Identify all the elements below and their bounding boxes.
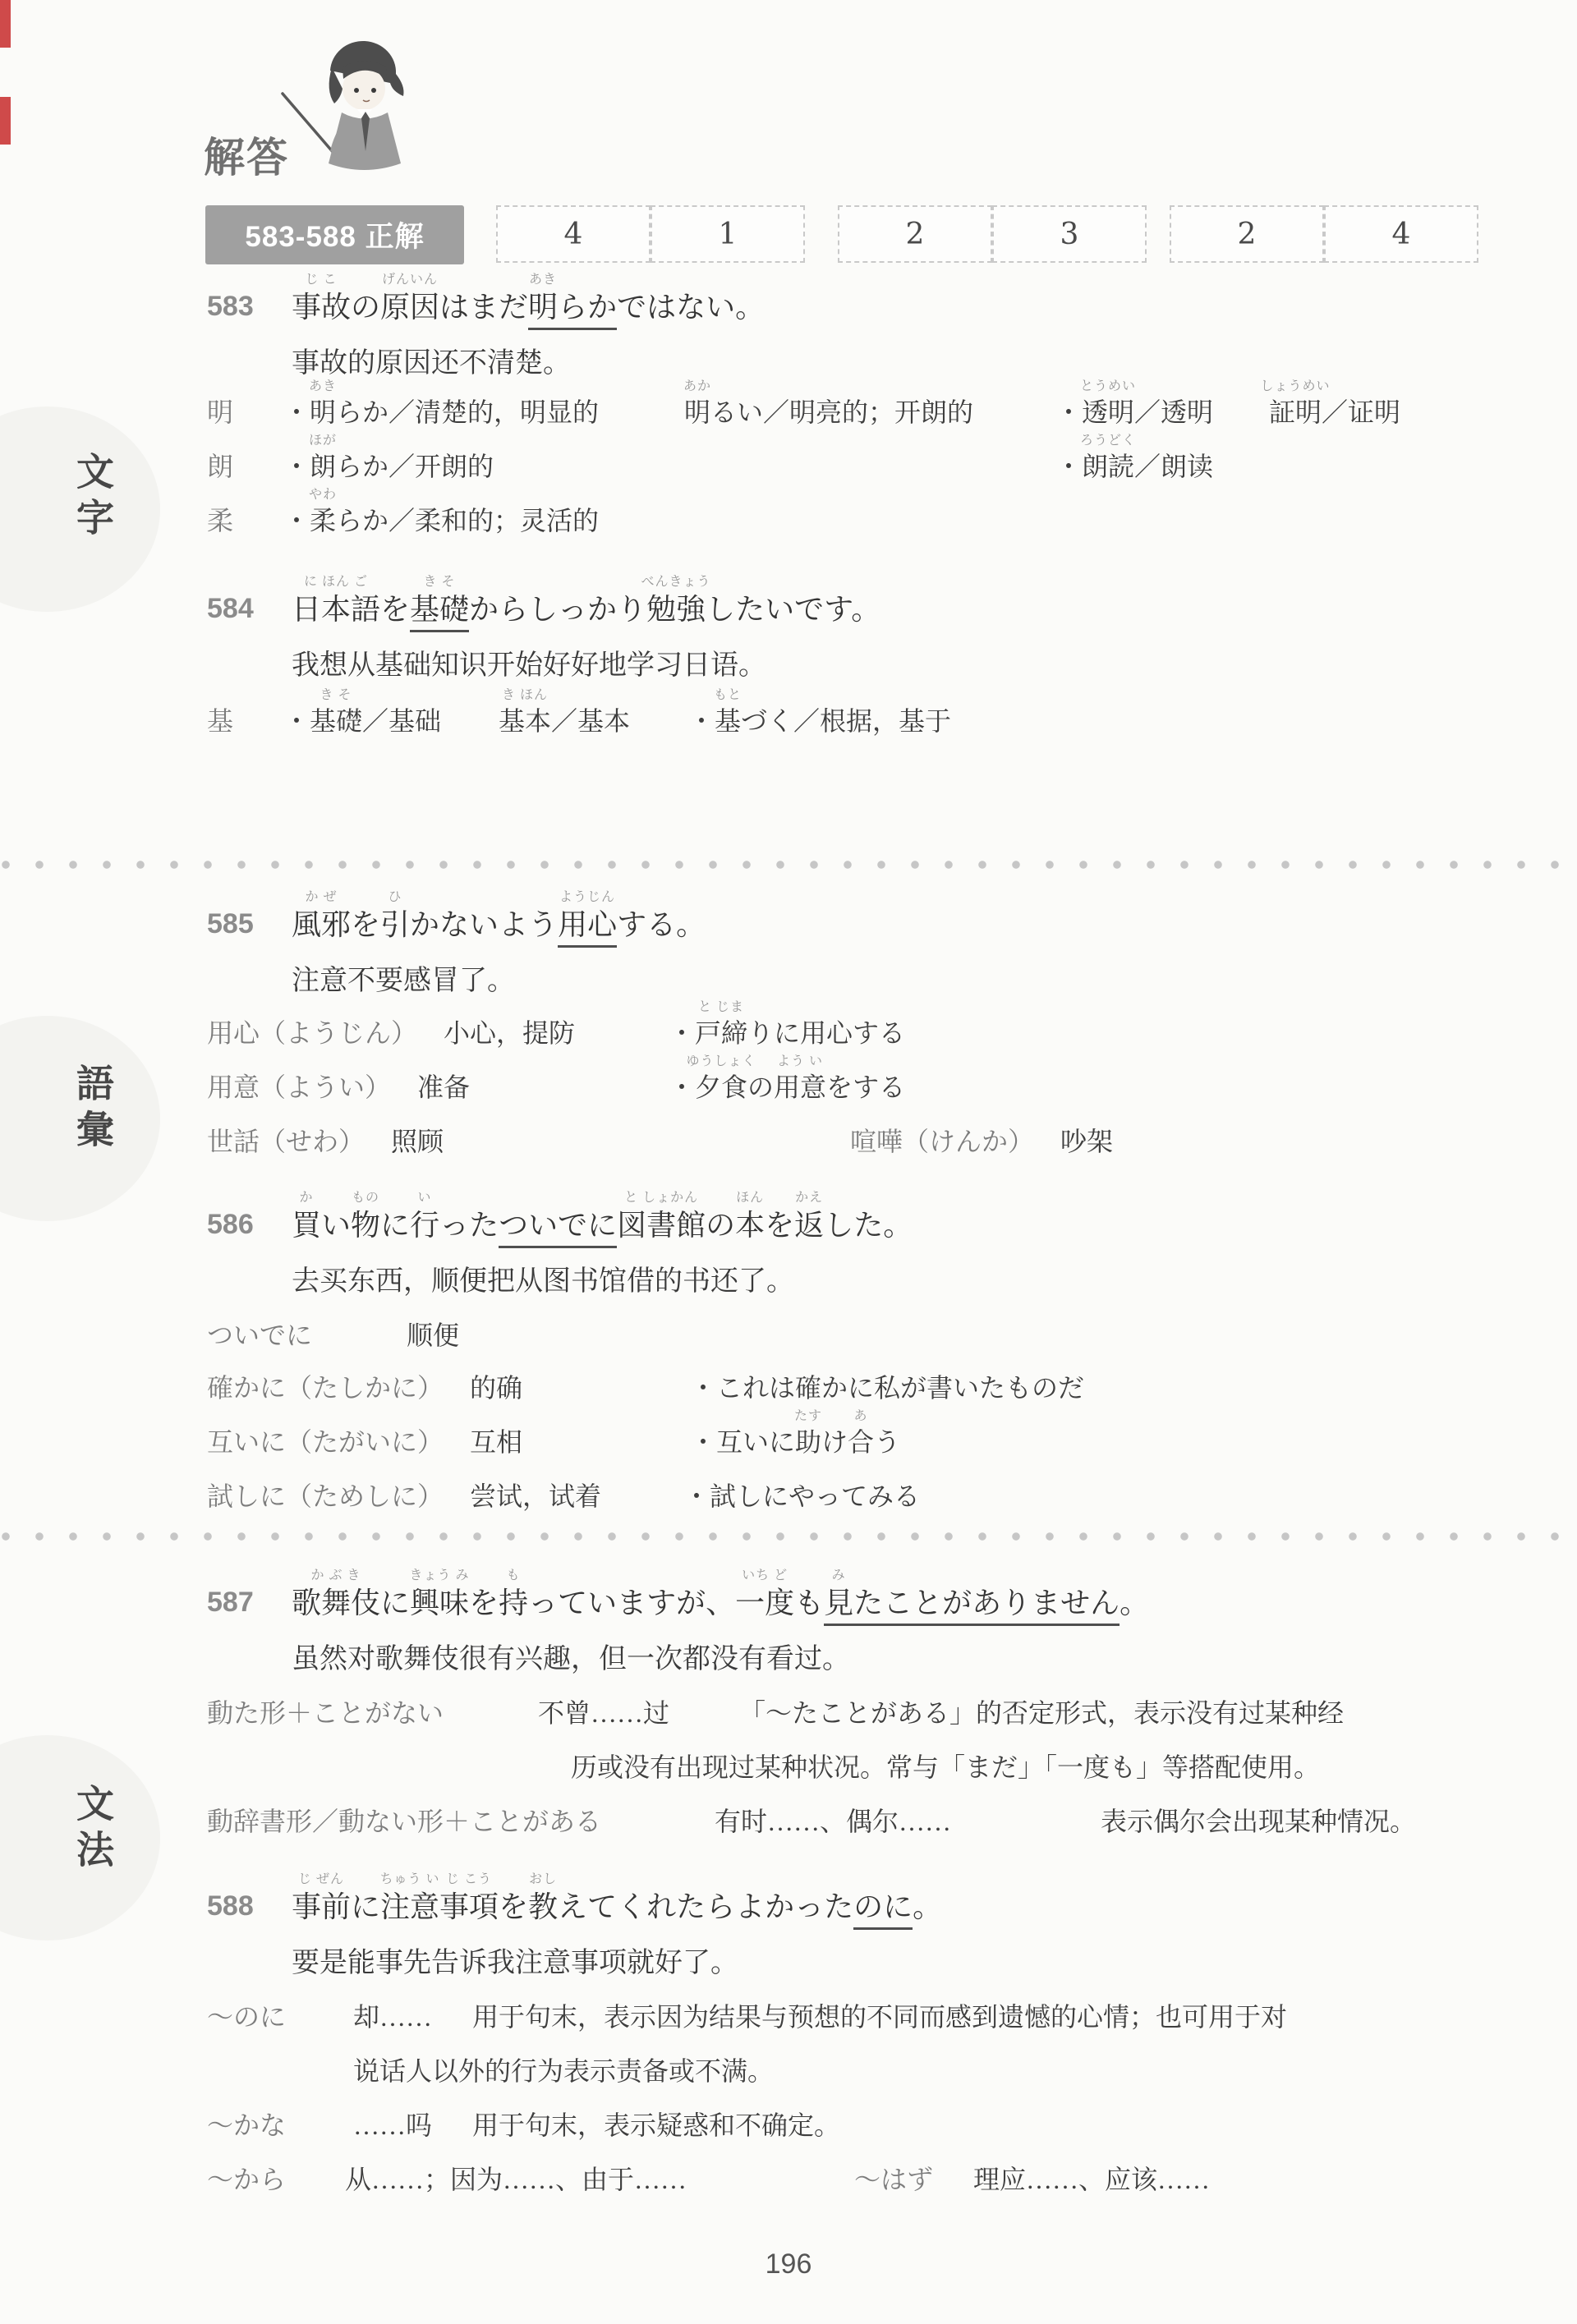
question-sentence: 事故じ この原因げんいんはまだ明あきらかではない。: [292, 289, 765, 330]
question-number: 588: [207, 1889, 254, 1924]
furigana: か ぶ き: [310, 1569, 361, 1582]
furigana: か: [299, 1192, 313, 1205]
vocab-entry: 互いに（たがいに） 互相: [207, 1426, 522, 1458]
furigana: か ぜ: [305, 891, 337, 904]
vocab-entry: 世話（せわ） 照顾: [207, 1125, 444, 1158]
text-segment: 。: [1120, 1585, 1149, 1622]
vocab-entry: ・透明とうめい／透明: [1055, 396, 1213, 429]
ruby-segment: 朗読ろうどく: [1082, 450, 1134, 483]
text-segment: に: [351, 1889, 380, 1926]
text-segment: えてくれたらよかった: [558, 1889, 853, 1926]
text-segment: づく／根据，基于: [741, 705, 951, 737]
text-segment: したいです。: [706, 591, 880, 628]
ruby-segment: 夕食ゆうしょく: [695, 1071, 747, 1104]
ruby-segment: 日本語に ほん ご: [292, 591, 380, 628]
furigana: もと: [714, 689, 742, 702]
ruby-segment: 基本き ほん: [499, 705, 551, 737]
answer-box: 1: [651, 205, 805, 263]
text-segment: 朗: [207, 450, 233, 483]
vocab-entry: 喧嘩（けんか） 吵架: [850, 1125, 1113, 1158]
ruby-segment: 返かえ: [794, 1207, 824, 1244]
furigana: しょうめい: [1260, 380, 1330, 393]
text-segment: 動辞書形／動ない形＋ことがある: [207, 1805, 601, 1838]
ruby-segment: 合あ: [848, 1426, 874, 1458]
ruby-segment: 風邪か ぜ: [292, 907, 351, 944]
vocab-entry: 明あかるい／明亮的；开朗的: [684, 396, 973, 429]
vocab-entry: ついでに: [207, 1319, 312, 1352]
side-tab-label: 文法: [66, 1784, 120, 1876]
vocab-entry: 不曾……过: [538, 1697, 669, 1729]
text-segment: 試しに（ためしに）: [207, 1480, 444, 1513]
chinese-translation: 要是能事先告诉我注意事项就好了。: [292, 1946, 738, 1982]
text-segment: 吵架: [1034, 1125, 1113, 1158]
text-segment: 准备: [391, 1071, 470, 1104]
question-sentence: 買かい物ものに行いったついでに図書館と しょかんの本ほんを返かえした。: [292, 1207, 913, 1248]
ruby-segment: 注意ちゅう い: [380, 1889, 439, 1926]
vocab-entry: 試しに（ためしに） 尝试，试着: [207, 1480, 601, 1513]
ruby-segment: 用心ようじん: [558, 907, 617, 948]
ruby-segment: 勉強べんきょう: [646, 591, 706, 628]
ruby-segment: 持も: [499, 1585, 528, 1622]
text-segment: 的确: [444, 1371, 522, 1404]
text-segment: ・: [283, 504, 310, 537]
text-segment: 世話（せわ）: [207, 1125, 365, 1158]
text-segment: ～かな: [207, 2109, 286, 2142]
text-segment: ／朗读: [1134, 450, 1213, 483]
page-edge-mark: [0, 97, 11, 145]
text-segment: ・: [669, 1071, 695, 1104]
text-segment: ・互いに: [690, 1426, 795, 1458]
furigana: とうめい: [1080, 380, 1136, 393]
question-number: 586: [207, 1207, 254, 1242]
page-number: 196: [0, 2248, 1577, 2280]
text-segment: 基: [207, 705, 233, 737]
ruby-segment: 透明とうめい: [1082, 396, 1134, 429]
book-page: 解答 583-588 正解 412324 文字語彙文法 583事故じ この原因げ…: [0, 0, 1577, 2324]
text-segment: かないよう: [410, 907, 558, 944]
text-segment: ・: [669, 1017, 695, 1049]
furigana: あき: [309, 380, 337, 393]
dotted-divider: [0, 1531, 1577, 1542]
text-segment: 历或没有出现过某种状况。常与「まだ」「一度も」等搭配使用。: [571, 1751, 1320, 1784]
vocab-entry: 理应……、应该……: [973, 2163, 1210, 2196]
answer-box: 2: [1170, 205, 1324, 263]
furigana: ほん: [736, 1192, 764, 1205]
vocab-entry: 「～たことがある」的否定形式，表示没有过某种经: [739, 1697, 1344, 1729]
text-segment: う: [874, 1426, 900, 1458]
text-segment: 互いに（たがいに）: [207, 1426, 444, 1458]
furigana: ひ: [389, 891, 402, 904]
text-segment: する。: [617, 907, 706, 944]
chinese-translation: 注意不要感冒了。: [292, 964, 515, 999]
furigana: に ほん ご: [304, 576, 368, 589]
chinese-translation: 虽然对歌舞伎很有兴趣，但一次都没有看过。: [292, 1642, 850, 1678]
text-segment: を: [351, 907, 380, 944]
furigana: き ほん: [502, 689, 548, 702]
vocab-entry: ・柔やわらか／柔和的；灵活的: [283, 504, 599, 537]
question-number: 584: [207, 591, 254, 627]
ruby-segment: 明あき: [528, 289, 558, 330]
text-segment: に: [380, 1585, 410, 1622]
ruby-segment: 行い: [410, 1207, 439, 1244]
ruby-segment: 柔やわ: [310, 504, 336, 537]
ruby-segment: 用意よう い: [774, 1071, 826, 1104]
vocab-entry: ・基もとづく／根据，基于: [688, 705, 951, 737]
vocab-entry: ～はず: [854, 2163, 933, 2196]
text-segment: らか／柔和的；灵活的: [336, 504, 599, 537]
furigana: べんきょう: [641, 576, 711, 589]
text-segment: ついでに: [499, 1207, 617, 1248]
furigana: たす: [794, 1410, 822, 1423]
ruby-segment: 基礎き そ: [410, 591, 469, 632]
text-segment: ついでに: [207, 1319, 312, 1352]
ruby-segment: 引ひ: [380, 907, 410, 944]
question-sentence: 日本語に ほん ごを基礎き そからしっかり勉強べんきょうしたいです。: [292, 591, 880, 632]
text-segment: 明: [207, 396, 233, 429]
ruby-segment: 事項じ こう: [439, 1889, 499, 1926]
text-segment: からしっかり: [469, 591, 646, 628]
text-segment: 小心，提防: [417, 1017, 575, 1049]
text-segment: ～のに: [207, 2000, 286, 2033]
text-segment: 柔: [207, 504, 233, 537]
ruby-segment: 本ほん: [735, 1207, 765, 1244]
vocab-entry: ～から: [207, 2163, 286, 2196]
furigana: おし: [529, 1873, 557, 1886]
vocab-entry: ・基礎き そ／基础: [283, 705, 441, 737]
text-segment: ・: [1055, 450, 1082, 483]
vocab-entry: 証明しょうめい／证明: [1269, 396, 1400, 429]
text-segment: はまだ: [439, 289, 528, 326]
text-segment: 顺便: [407, 1319, 459, 1352]
text-segment: を: [380, 591, 410, 628]
ruby-segment: 見み: [824, 1585, 853, 1626]
ruby-segment: 助たす: [795, 1426, 821, 1458]
furigana: い: [418, 1192, 432, 1205]
ruby-segment: 戸締と じま: [695, 1017, 747, 1049]
vocab-entry: ～のに: [207, 2000, 286, 2033]
text-segment: 互相: [444, 1426, 522, 1458]
ruby-segment: 図書館と しょかん: [617, 1207, 706, 1244]
text-segment: 表示偶尔会出现某种情况。: [1101, 1805, 1416, 1838]
text-segment: った: [439, 1207, 499, 1244]
text-segment: の: [747, 1071, 774, 1104]
question-sentence: 風邪か ぜを引ひかないよう用心ようじんする。: [292, 907, 706, 948]
text-segment: ～はず: [854, 2163, 933, 2196]
text-segment: 用心（ようじん）: [207, 1017, 417, 1049]
vocab-entry: ・朗読ろうどく／朗读: [1055, 450, 1213, 483]
furigana: も: [507, 1569, 521, 1582]
chinese-translation: 我想从基础知识开始好好地学习日语。: [292, 649, 766, 684]
ruby-segment: 朗ほが: [310, 450, 336, 483]
text-segment: 理应……、应该……: [973, 2163, 1210, 2196]
text-segment: の: [706, 1207, 735, 1244]
text-segment: 用于句末，表示因为结果与预想的不同而感到遗憾的心情；也可用于对: [472, 2000, 1287, 2033]
text-segment: ／基本: [551, 705, 630, 737]
vocab-entry: 用心（ようじん） 小心，提防: [207, 1017, 575, 1049]
ruby-segment: 歌舞伎か ぶ き: [292, 1585, 380, 1622]
text-segment: 用于句末，表示疑惑和不确定。: [472, 2109, 840, 2142]
text-segment: 却……: [353, 2000, 432, 2033]
answer-box: 2: [838, 205, 992, 263]
furigana: よう い: [777, 1055, 823, 1068]
text-segment: 確かに（たしかに）: [207, 1371, 444, 1404]
answer-range-badge: 583-588 正解: [205, 205, 464, 264]
chinese-translation: 事故的原因还不清楚。: [292, 347, 571, 382]
text-segment: を: [765, 1207, 794, 1244]
furigana: と じま: [698, 1001, 744, 1014]
text-segment: 照顾: [365, 1125, 444, 1158]
chinese-translation: 去买东西，顺便把从图书馆借的书还了。: [292, 1265, 794, 1300]
ruby-segment: 一度いち ど: [735, 1585, 794, 1622]
ruby-segment: 事前じ ぜん: [292, 1889, 351, 1926]
dotted-divider: [0, 859, 1577, 870]
furigana: いち ど: [742, 1569, 788, 1582]
furigana: やわ: [309, 489, 337, 502]
ruby-segment: 事故じ こ: [292, 289, 351, 326]
vocab-entry: ・戸締と じまりに用心する: [669, 1017, 905, 1049]
vocab-entry: ・試しにやってみる: [683, 1480, 920, 1513]
furigana: み: [832, 1569, 846, 1582]
furigana: かえ: [795, 1192, 823, 1205]
answer-box: 4: [1324, 205, 1478, 263]
furigana: ゆうしょく: [687, 1055, 756, 1068]
furigana: あ: [854, 1410, 868, 1423]
vocab-entry: 動辞書形／動ない形＋ことがある: [207, 1805, 601, 1838]
furigana: もの: [352, 1192, 379, 1205]
text-segment: たことがありません: [853, 1585, 1120, 1626]
furigana: じ こう: [446, 1873, 492, 1886]
ruby-segment: 教おし: [528, 1889, 558, 1926]
vocab-entry: 基: [207, 705, 233, 737]
vocab-entry: 確かに（たしかに） 的确: [207, 1371, 522, 1404]
furigana: き そ: [320, 689, 352, 702]
vocab-entry: ・朗ほがらか／开朗的: [283, 450, 494, 483]
text-segment: ・: [283, 450, 310, 483]
ruby-segment: 明あか: [684, 396, 710, 429]
text-segment: 不曾……过: [538, 1697, 669, 1729]
text-segment: っていますが、: [528, 1585, 735, 1622]
text-segment: 尝试，试着: [444, 1480, 601, 1513]
furigana: ほが: [309, 434, 337, 448]
vocab-entry: 说话人以外的行为表示责备或不满。: [353, 2055, 774, 2087]
ruby-segment: 原因げんいん: [380, 289, 439, 326]
text-segment: ・: [283, 396, 310, 429]
ruby-segment: 明あき: [310, 396, 336, 429]
text-segment: ・: [1055, 396, 1082, 429]
question-number: 585: [207, 907, 254, 942]
question-number: 583: [207, 289, 254, 324]
text-segment: ・: [283, 705, 310, 737]
vocab-entry: 用于句末，表示因为结果与预想的不同而感到遗憾的心情；也可用于对: [472, 2000, 1287, 2033]
ruby-segment: 基もと: [715, 705, 741, 737]
vocab-entry: 历或没有出现过某种状况。常与「まだ」「一度も」等搭配使用。: [571, 1751, 1320, 1784]
vocab-entry: ・互いに助たすけ合あう: [690, 1426, 900, 1458]
text-segment: らか: [558, 289, 617, 330]
furigana: あか: [683, 380, 711, 393]
text-segment: を: [499, 1889, 528, 1926]
vocab-entry: 表示偶尔会出现某种情况。: [1101, 1805, 1416, 1838]
answer-box: 4: [496, 205, 651, 263]
text-segment: らか／清楚的，明显的: [336, 396, 599, 429]
text-segment: 。: [913, 1889, 942, 1926]
text-segment: も: [794, 1585, 824, 1622]
question-sentence: 歌舞伎か ぶ きに興味きょう みを持もっていますが、一度いち ども見みたことがあ…: [292, 1585, 1149, 1626]
furigana: ようじん: [559, 891, 615, 904]
text-segment: ／透明: [1134, 396, 1213, 429]
ruby-segment: 物もの: [351, 1207, 380, 1244]
text-segment: 用意（ようい）: [207, 1071, 391, 1104]
vocab-entry: 朗: [207, 450, 233, 483]
text-segment: 有时……、偶尔……: [715, 1805, 951, 1838]
text-segment: ・試しにやってみる: [683, 1480, 920, 1513]
furigana: ろうどく: [1080, 434, 1136, 448]
page-edge-mark: [0, 0, 11, 48]
text-segment: ／证明: [1322, 396, 1400, 429]
text-segment: 说话人以外的行为表示责备或不满。: [353, 2055, 774, 2087]
furigana: と しょかん: [624, 1192, 698, 1205]
furigana: あき: [529, 273, 557, 287]
furigana: ちゅう い: [380, 1873, 440, 1886]
ruby-segment: 証明しょうめい: [1269, 396, 1322, 429]
text-segment: に: [380, 1207, 410, 1244]
vocab-entry: 基本き ほん／基本: [499, 705, 630, 737]
ruby-segment: 買か: [292, 1207, 321, 1244]
text-segment: した。: [824, 1207, 913, 1244]
ruby-segment: 興味きょう み: [410, 1585, 469, 1622]
answer-box: 3: [992, 205, 1147, 263]
vocab-entry: ・夕食ゆうしょくの用意よう いをする: [669, 1071, 905, 1104]
text-segment: のに: [853, 1889, 913, 1930]
side-tab-label: 語彙: [66, 1063, 120, 1155]
vocab-entry: 柔: [207, 504, 233, 537]
text-segment: い: [321, 1207, 351, 1244]
vocab-entry: 从……；因为……、由于……: [345, 2163, 687, 2196]
vocab-entry: ・これは確かに私が書いたものだ: [690, 1371, 1084, 1404]
ruby-segment: 基礎き そ: [310, 705, 362, 737]
question-number: 587: [207, 1585, 254, 1620]
text-segment: 「～たことがある」的否定形式，表示没有过某种经: [739, 1697, 1344, 1729]
vocab-entry: 動た形＋ことがない: [207, 1697, 444, 1729]
text-segment: ではない。: [617, 289, 765, 326]
vocab-entry: 用意（ようい） 准备: [207, 1071, 470, 1104]
vocab-entry: ～かな: [207, 2109, 286, 2142]
vocab-entry: 用于句末，表示疑惑和不确定。: [472, 2109, 840, 2142]
teacher-girl-icon: [279, 28, 415, 180]
page-title: 解答: [204, 125, 289, 184]
vocab-entry: 顺便: [407, 1319, 459, 1352]
text-segment: の: [351, 289, 380, 326]
text-segment: りに用心する: [747, 1017, 905, 1049]
text-segment: るい／明亮的；开朗的: [710, 396, 973, 429]
text-segment: をする: [826, 1071, 905, 1104]
text-segment: らか／开朗的: [336, 450, 494, 483]
text-segment: を: [469, 1585, 499, 1622]
teacher-girl-illustration: [279, 28, 415, 184]
side-tab-label: 文字: [66, 452, 120, 544]
text-segment: 喧嘩（けんか）: [850, 1125, 1034, 1158]
text-segment: ／基础: [362, 705, 441, 737]
furigana: じ こ: [305, 273, 337, 287]
furigana: げんいん: [382, 273, 438, 287]
furigana: じ ぜん: [298, 1873, 344, 1886]
text-segment: ・: [688, 705, 715, 737]
text-segment: ～から: [207, 2163, 286, 2196]
text-segment: け: [821, 1426, 848, 1458]
text-segment: ……吗: [353, 2109, 432, 2142]
vocab-entry: 有时……、偶尔……: [715, 1805, 951, 1838]
question-sentence: 事前じ ぜんに注意ちゅう い事項じ こうを教おしえてくれたらよかったのに。: [292, 1889, 942, 1930]
furigana: き そ: [424, 576, 456, 589]
text-segment: ・これは確かに私が書いたものだ: [690, 1371, 1084, 1404]
text-segment: 从……；因为……、由于……: [345, 2163, 687, 2196]
vocab-entry: ・明あきらか／清楚的，明显的: [283, 396, 599, 429]
text-segment: 動た形＋ことがない: [207, 1697, 444, 1729]
furigana: きょう み: [410, 1569, 470, 1582]
vocab-entry: ……吗: [353, 2109, 432, 2142]
vocab-entry: 明: [207, 396, 233, 429]
vocab-entry: 却……: [353, 2000, 432, 2033]
